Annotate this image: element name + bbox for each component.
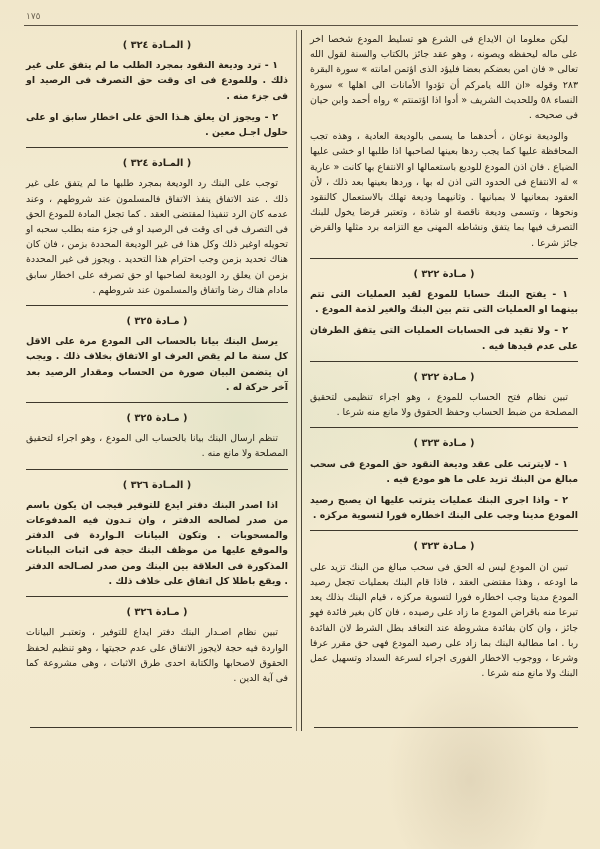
section-rule [26, 469, 288, 470]
article-heading: ( مـادة ٣٢٥ ) [26, 314, 288, 329]
article-commentary: تبين ان المودع ليس له الحق فى سحب مبالغ … [310, 560, 578, 682]
article-commentary: توجب على البنك رد الوديعة بمجرد طلبها ما… [26, 176, 288, 298]
article-section: ( مـادة ٣٢٢ )تبين نظام فتح الحساب للمودع… [310, 370, 578, 421]
section-rule [26, 402, 288, 403]
intro-paragraph: ليكن معلوما ان الايداع فى الشرع هو تسليط… [310, 32, 578, 123]
article-heading: ( مـادة ٣٢٣ ) [310, 436, 578, 451]
article-commentary: تنظم ارسال البنك بيانا بالحساب الى المود… [26, 431, 288, 461]
article-heading: ( مـادة ٣٢٥ ) [26, 411, 288, 426]
header-rule [24, 25, 578, 26]
section-rule [26, 147, 288, 148]
article-section: ( المـادة ٣٢٤ )توجب على البنك رد الوديعة… [26, 156, 288, 298]
article-text: يرسل البنك بيانا بالحساب الى المودع مرة … [26, 334, 288, 395]
article-section: ( مـادة ٣٢٥ )تنظم ارسال البنك بيانا بالح… [26, 411, 288, 462]
page-number: ١٧٥ [26, 12, 41, 22]
section-rule [310, 361, 578, 362]
article-heading: ( المـادة ٣٢٤ ) [26, 38, 288, 53]
article-section: ( مـادة ٣٢٥ )يرسل البنك بيانا بالحساب ال… [26, 314, 288, 395]
section-rule [26, 305, 288, 306]
article-text: ٢ - ويجوز ان يعلق هـذا الحق على اخطار سا… [26, 110, 288, 140]
section-rule [26, 596, 288, 597]
left-sections: ( المـادة ٣٢٤ )١ - ترد وديعة النقود بمجر… [26, 38, 288, 686]
article-section: ( المـادة ٣٢٦ )اذا اصدر البنك دفتر ايدع … [26, 478, 288, 589]
deposit-types-paragraph: والوديعة نوعان ، أحدهما ما يسمى بالوديعة… [310, 129, 578, 251]
section-rule [310, 258, 578, 259]
article-section: ( المـادة ٣٢٤ )١ - ترد وديعة النقود بمجر… [26, 38, 288, 140]
column-divider-secondary [296, 30, 297, 731]
article-heading: ( مـادة ٣٢٢ ) [310, 370, 578, 385]
article-section: ( مـادة ٣٢٢ )١ - يفتح البنك حسابا للمودع… [310, 267, 578, 354]
column-divider [301, 30, 302, 731]
article-text: اذا اصدر البنك دفتر ايدع للتوفير فيجب ان… [26, 498, 288, 589]
article-text: ٢ - واذا اجرى البنك عمليات يترتب عليها ا… [310, 493, 578, 523]
article-section: ( مـادة ٣٢٣ )تبين ان المودع ليس له الحق … [310, 539, 578, 681]
right-sections: ( مـادة ٣٢٢ )١ - يفتح البنك حسابا للمودع… [310, 258, 578, 681]
article-text: ١ - ترد وديعة النقود بمجرد الطلب ما لم ي… [26, 58, 288, 104]
article-section: ( مـادة ٣٢٣ )١ - لايترتب على عقد وديعة ا… [310, 436, 578, 523]
section-rule [310, 530, 578, 531]
article-commentary: تبين نظام فتح الحساب للمودع ، وهو اجراء … [310, 390, 578, 420]
article-heading: ( مـادة ٣٢٢ ) [310, 267, 578, 282]
article-text: ١ - يفتح البنك حسابا للمودع لقيد العمليا… [310, 287, 578, 317]
article-heading: ( مـادة ٣٢٣ ) [310, 539, 578, 554]
article-heading: ( المـادة ٣٢٦ ) [26, 478, 288, 493]
article-section: ( مـادة ٣٢٦ )تبين نظام اصـدار البنك دفتر… [26, 605, 288, 686]
article-text: ٢ - ولا تقيد فى الحسابات العمليات التى ي… [310, 323, 578, 353]
article-text: ١ - لايترتب على عقد وديعة النقود حق المو… [310, 457, 578, 487]
right-column: ليكن معلوما ان الايداع فى الشرع هو تسليط… [310, 32, 578, 687]
section-rule [310, 427, 578, 428]
footer-rule-left [30, 727, 292, 728]
footer-rule-right [314, 727, 578, 728]
article-heading: ( مـادة ٣٢٦ ) [26, 605, 288, 620]
left-column: ( المـادة ٣٢٤ )١ - ترد وديعة النقود بمجر… [26, 32, 288, 692]
article-heading: ( المـادة ٣٢٤ ) [26, 156, 288, 171]
article-commentary: تبين نظام اصـدار البنك دفتر ايداع للتوفي… [26, 625, 288, 686]
